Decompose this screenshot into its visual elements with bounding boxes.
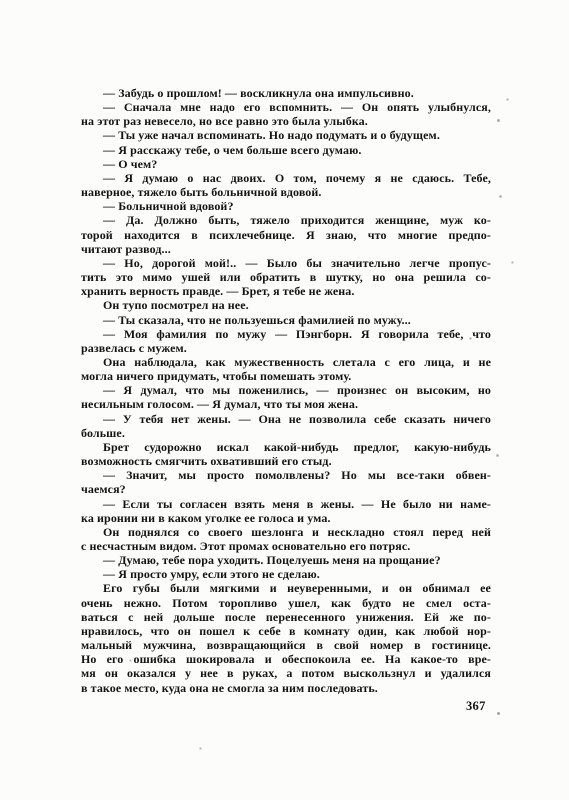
text-line: Его губы были мягкими и неуверенными, и …	[81, 581, 491, 595]
text-line: — Думаю, тебе пора уходить. Поцелуешь ме…	[81, 553, 491, 567]
text-line: могла ничего придумать, чтобы помешать э…	[81, 369, 491, 383]
text-line: с несчастным видом. Этот промах основате…	[81, 539, 491, 553]
text-line: в такое место, куда она не смогла за ним…	[81, 681, 491, 695]
text-line: тить это мимо ушей или обратить в шутку,…	[81, 270, 491, 284]
text-line: — Ты сказала, что не пользуешься фамилие…	[81, 313, 491, 327]
text-line: — У тебя нет жены. — Она не позволила се…	[81, 412, 491, 426]
text-line: — Сначала мне надо его вспомнить. — Он о…	[81, 100, 491, 114]
paragraph: — Думаю, тебе пора уходить. Поцелуешь ме…	[81, 553, 491, 567]
text-line: на этот раз невесело, но все равно это б…	[81, 114, 491, 128]
text-line: больше.	[81, 426, 491, 440]
text-line: — Моя фамилия по мужу — Пэнгборн. Я гово…	[81, 327, 491, 341]
paragraph: — Значит, мы просто помолвлены? Но мы вс…	[81, 468, 491, 496]
text-line: наверное, тяжело быть больничной вдовой.	[81, 185, 491, 199]
text-line: — Я думал, что мы поженились, — произнес…	[81, 383, 491, 397]
text-line: — Я думаю о нас двоих. О том, почему я н…	[81, 171, 491, 185]
text-line: — О чем?	[81, 157, 491, 171]
text-line: несильным голосом. — Я думал, что ты моя…	[81, 397, 491, 411]
text-line: — Ты уже начал вспоминать. Но надо подум…	[81, 128, 491, 142]
paragraph: — Я просто умру, если этого не сделаю.	[81, 567, 491, 581]
text-line: очень нежно. Потом торопливо ушел, как б…	[81, 596, 491, 610]
text-line: — Я расскажу тебе, о чем больше всего ду…	[81, 143, 491, 157]
book-page: — Забудь о прошлом! — воскликнула она им…	[0, 0, 569, 800]
text-line: торой находится в психлечебнице. Я знаю,…	[81, 228, 491, 242]
paragraph: — Но, дорогой мой!.. — Было бы значитель…	[81, 256, 491, 298]
text-line: — Значит, мы просто помолвлены? Но мы вс…	[81, 468, 491, 482]
paragraph: — Сначала мне надо его вспомнить. — Он о…	[81, 100, 491, 128]
paragraph: — У тебя нет жены. — Она не позволила се…	[81, 412, 491, 440]
paragraph: — Моя фамилия по мужу — Пэнгборн. Я гово…	[81, 327, 491, 355]
paragraph: Его губы были мягкими и неуверенными, и …	[81, 581, 491, 694]
text-line: Он тупо посмотрел на нее.	[81, 298, 491, 312]
text-line: — Да. Должно быть, тяжело приходится жен…	[81, 213, 491, 227]
text-line: возможность смягчить охвативший его стыд…	[81, 454, 491, 468]
text-line: развелась с мужем.	[81, 341, 491, 355]
text-line: — Больничной вдовой?	[81, 199, 491, 213]
paragraph: — Больничной вдовой?	[81, 199, 491, 213]
text-line: — Забудь о прошлом! — воскликнула она им…	[81, 86, 491, 100]
page-text: — Забудь о прошлом! — воскликнула она им…	[81, 86, 491, 695]
paragraph: — Я расскажу тебе, о чем больше всего ду…	[81, 143, 491, 157]
text-line: ваться с ней дольше после перенесенного …	[81, 610, 491, 624]
paragraph: Он тупо посмотрел на нее.	[81, 298, 491, 312]
paragraph: — Ты сказала, что не пользуешься фамилие…	[81, 313, 491, 327]
text-line: — Если ты согласен взять меня в жены. — …	[81, 497, 491, 511]
text-line: мальный мужчина, возвращающийся в свой н…	[81, 638, 491, 652]
paragraph: — Да. Должно быть, тяжело приходится жен…	[81, 213, 491, 255]
text-line: нравилось, что он пошел к себе в комнату…	[81, 624, 491, 638]
text-line: чаемся?	[81, 482, 491, 496]
text-line: Она наблюдала, как мужественность слетал…	[81, 355, 491, 369]
paragraph: — Я думал, что мы поженились, — произнес…	[81, 383, 491, 411]
text-line: — Но, дорогой мой!.. — Было бы значитель…	[81, 256, 491, 270]
paragraph: Она наблюдала, как мужественность слетал…	[81, 355, 491, 383]
text-line: Брет судорожно искал какой-нибудь предло…	[81, 440, 491, 454]
page-number: 367	[466, 699, 486, 714]
text-line: Но его ошибка шокировала и обеспокоила е…	[81, 652, 491, 666]
text-line: Он поднялся со своего шезлонга и несклад…	[81, 525, 491, 539]
paragraph: — Забудь о прошлом! — воскликнула она им…	[81, 86, 491, 100]
text-line: мя он оказался у нее в руках, а потом вы…	[81, 666, 491, 680]
text-line: читают развод...	[81, 242, 491, 256]
paragraph: Он поднялся со своего шезлонга и несклад…	[81, 525, 491, 553]
paragraph: — Если ты согласен взять меня в жены. — …	[81, 497, 491, 525]
paragraph: — Ты уже начал вспоминать. Но надо подум…	[81, 128, 491, 142]
paragraph: Брет судорожно искал какой-нибудь предло…	[81, 440, 491, 468]
text-line: — Я просто умру, если этого не сделаю.	[81, 567, 491, 581]
scan-speckles	[0, 0, 1, 1]
text-line: ка иронии ни в каком уголке ее голоса и …	[81, 511, 491, 525]
paragraph: — О чем?	[81, 157, 491, 171]
paragraph: — Я думаю о нас двоих. О том, почему я н…	[81, 171, 491, 199]
text-line: хранить верность правде. — Брет, я тебе …	[81, 284, 491, 298]
